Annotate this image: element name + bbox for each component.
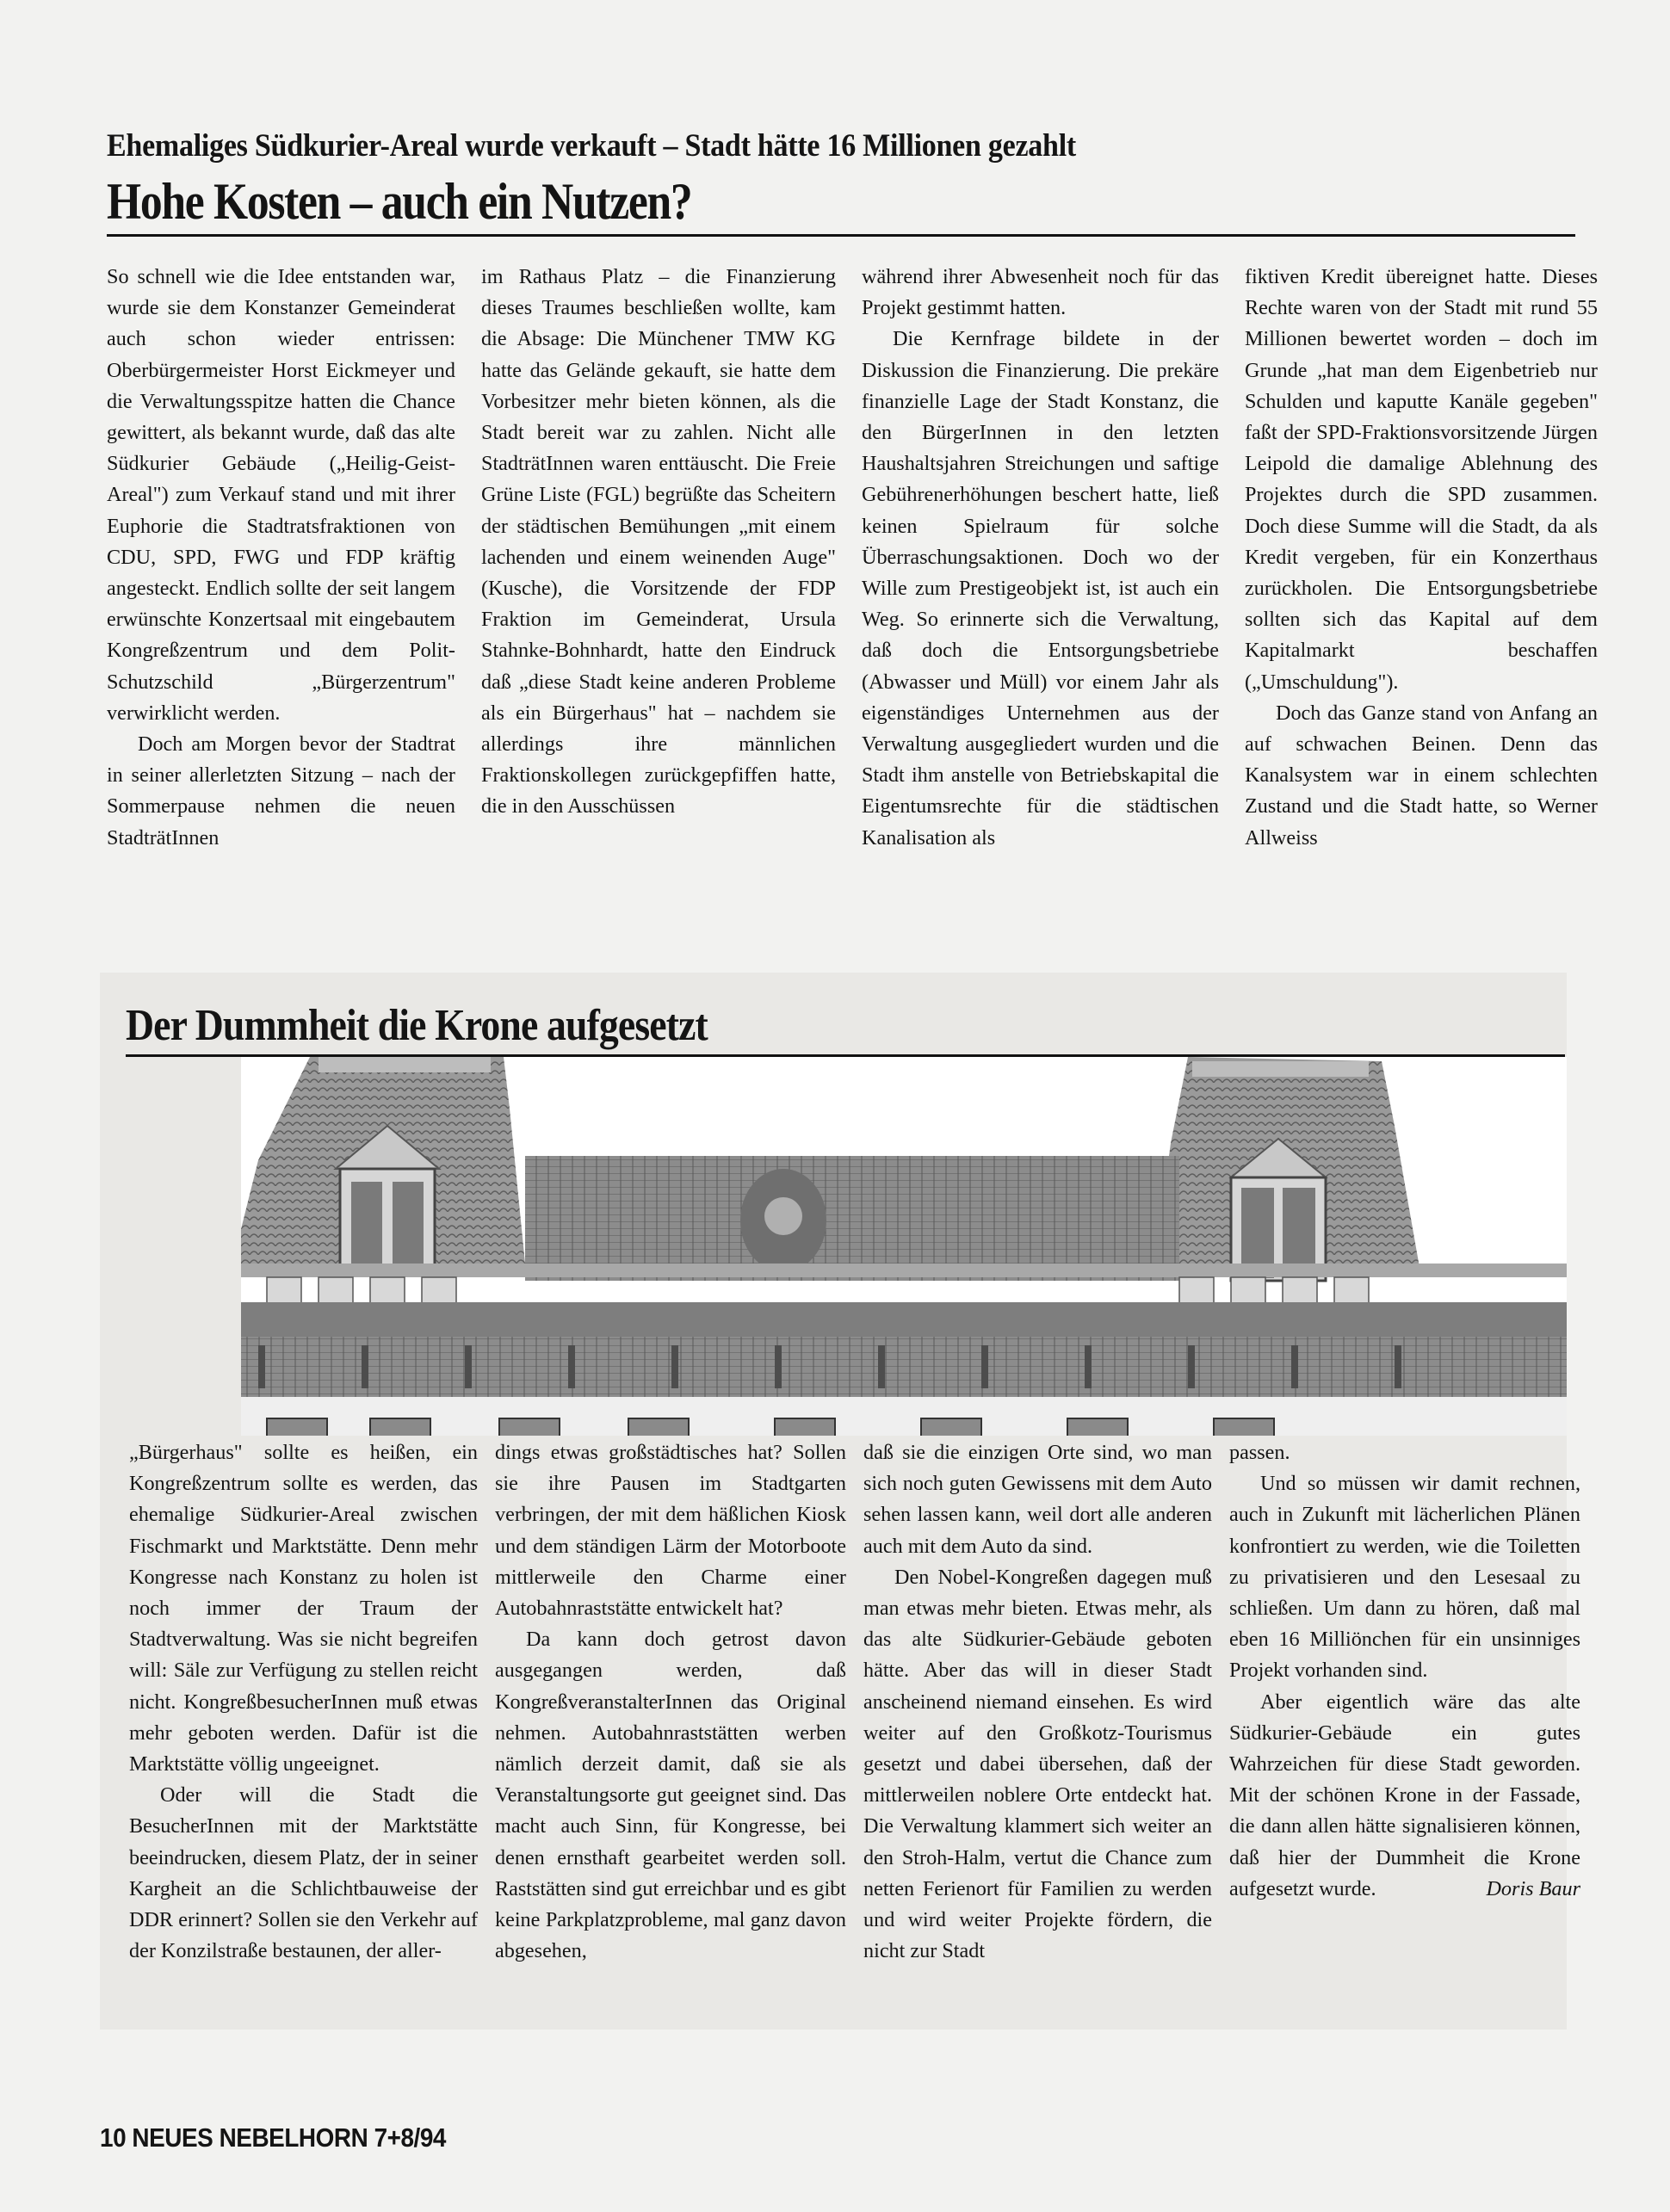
article1-column-3: während ihrer Abwesenheit noch für das P… — [862, 262, 1219, 854]
paragraph: Doch am Morgen bevor der Stadtrat in sei… — [107, 729, 455, 854]
paragraph: Oder will die Stadt die BesucherInnen mi… — [129, 1780, 478, 1967]
paragraph: Und so müssen wir damit rechnen, auch in… — [1229, 1468, 1580, 1686]
building-facade-photo — [241, 1057, 1567, 1436]
article2-column-1: „Bürgerhaus" sollte es heißen, ein Kongr… — [129, 1437, 478, 1967]
article1-column-1: So schnell wie die Idee entstanden war, … — [107, 262, 455, 854]
article2-column-4: passen. Und so müssen wir damit rechnen,… — [1229, 1437, 1580, 1967]
article1-column-2: im Rathaus Platz – die Finanzierung dies… — [481, 262, 836, 854]
paragraph: So schnell wie die Idee entstanden war, … — [107, 262, 455, 729]
paragraph: „Bürgerhaus" sollte es heißen, ein Kongr… — [129, 1437, 478, 1780]
newspaper-page: Ehemaliges Südkurier-Areal wurde verkauf… — [0, 0, 1670, 2212]
article2-column-2: dings etwas großstädtisches hat? Sollen … — [495, 1437, 846, 1967]
article1-headline: Hohe Kosten – auch ein Nutzen? — [107, 172, 691, 232]
article2-column-3: daß sie die einzigen Orte sind, wo man s… — [863, 1437, 1212, 1967]
author-signature: Doris Baur — [1455, 1874, 1580, 1905]
paragraph-text: Aber eigentlich wäre das alte Südkurier-… — [1229, 1690, 1580, 1900]
paragraph: daß sie die einzigen Orte sind, wo man s… — [863, 1437, 1212, 1562]
paragraph: Den Nobel-Kongreßen dagegen muß man etwa… — [863, 1562, 1212, 1968]
article1-rule — [107, 234, 1575, 237]
paragraph: Da kann doch getrost davon ausgegangen w… — [495, 1624, 846, 1967]
article1-kicker: Ehemaliges Südkurier-Areal wurde verkauf… — [107, 127, 1076, 164]
paragraph: im Rathaus Platz – die Finanzierung dies… — [481, 262, 836, 823]
page-footer: 10 NEUES NEBELHORN 7+8/94 — [100, 2122, 446, 2153]
article2-headline: Der Dummheit die Krone aufgesetzt — [126, 1000, 708, 1051]
paragraph: dings etwas großstädtisches hat? Sollen … — [495, 1437, 846, 1624]
paragraph: fiktiven Kredit übereignet hatte. Dieses… — [1245, 262, 1598, 698]
article1-body: So schnell wie die Idee entstanden war, … — [107, 262, 1570, 854]
paragraph: Aber eigentlich wäre das alte Südkurier-… — [1229, 1687, 1580, 1905]
article1-column-4: fiktiven Kredit übereignet hatte. Dieses… — [1245, 262, 1598, 854]
article2-body: „Bürgerhaus" sollte es heißen, ein Kongr… — [129, 1437, 1567, 1967]
paragraph: passen. — [1229, 1437, 1580, 1468]
paragraph: Die Kernfrage bildete in der Diskussion … — [862, 324, 1219, 853]
paragraph: Doch das Ganze stand von Anfang an auf s… — [1245, 698, 1598, 854]
paragraph: während ihrer Abwesenheit noch für das P… — [862, 262, 1219, 324]
